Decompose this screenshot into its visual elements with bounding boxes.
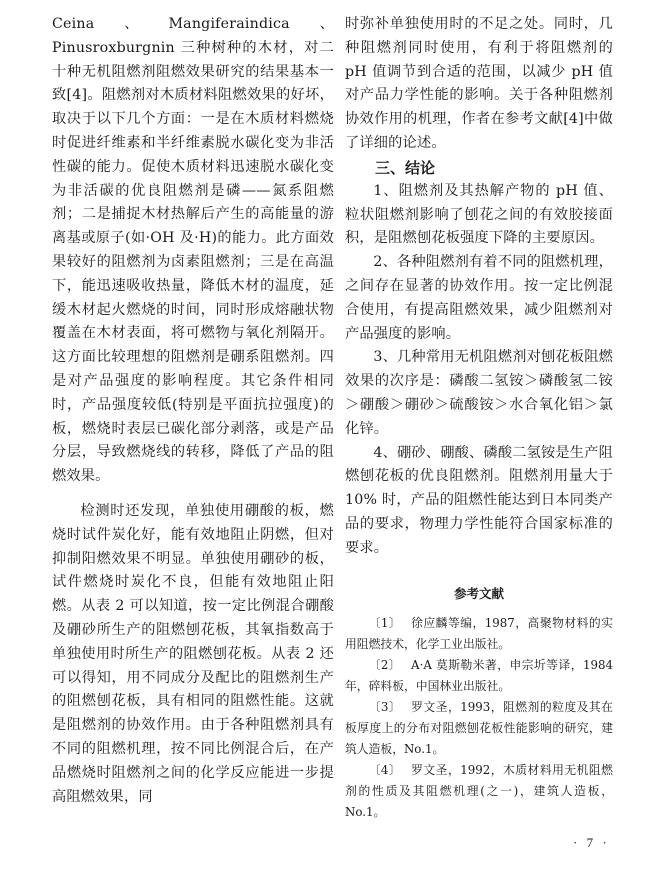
left-column: Ceina、Mangiferaindica、Pinusroxburgnin 三种… [52,13,334,809]
references-title: 参考文献 [345,583,613,605]
reference-item-3: 〔3〕罗文圣，1993，阻燃剂的粒度及其在板厚度上的分布对阻燃刨花板性能影响的研… [345,697,613,760]
page-number: · 7 · [573,835,610,851]
right-column: 时弥补单独使用时的不足之处。同时，几种阻燃剂同时使用，有利于将阻燃剂的 pH 值… [345,13,613,823]
conclusion-item-2: 2、各种阻燃剂有着不同的阻燃机理，之间存在显著的协效作用。按一定比例混合使用，有… [345,251,613,346]
body-paragraph-1: Ceina、Mangiferaindica、Pinusroxburgnin 三种… [52,13,334,489]
reference-item-4: 〔4〕罗文圣，1992，木质材料用无机阻燃剂的性质及其阻燃机理(之一)，建筑人造… [345,760,613,823]
body-paragraph-continuation: 时弥补单独使用时的不足之处。同时，几种阻燃剂同时使用，有利于将阻燃剂的 pH 值… [345,13,613,156]
body-paragraph-2: 检测时还发现，单独使用硼酸的板，燃烧时试件炭化好，能有效地阻止阴燃，但对抑制阳燃… [52,500,334,809]
reference-number: 〔3〕 [369,700,402,714]
reference-number: 〔4〕 [369,763,402,777]
conclusion-item-1: 1、阻燃剂及其热解产物的 pH 值、粒状阻燃剂影响了刨花之间的有效胶接面积，是阻… [345,180,613,251]
section-heading-conclusion: 三、结论 [345,156,613,180]
conclusion-item-3: 3、几种常用无机阻燃剂对刨花板阻燃效果的次序是：磷酸二氢铵＞磷酸氢二铵＞硼酸＞硼… [345,346,613,441]
reference-number: 〔1〕 [369,616,402,630]
reference-item-1: 〔1〕徐应麟等编，1987，高聚物材料的实用阻燃技术，化学工业出版社。 [345,613,613,655]
reference-item-2: 〔2〕A·A 莫斯勒米著，申宗圻等译，1984 年，碎料板，中国林业出版社。 [345,655,613,697]
conclusion-item-4: 4、硼砂、硼酸、磷酸二氢铵是生产阻燃刨花板的优良阻燃剂。阻燃剂用量大于 10% … [345,442,613,561]
paragraph-gap [52,489,334,500]
reference-number: 〔2〕 [369,658,401,672]
